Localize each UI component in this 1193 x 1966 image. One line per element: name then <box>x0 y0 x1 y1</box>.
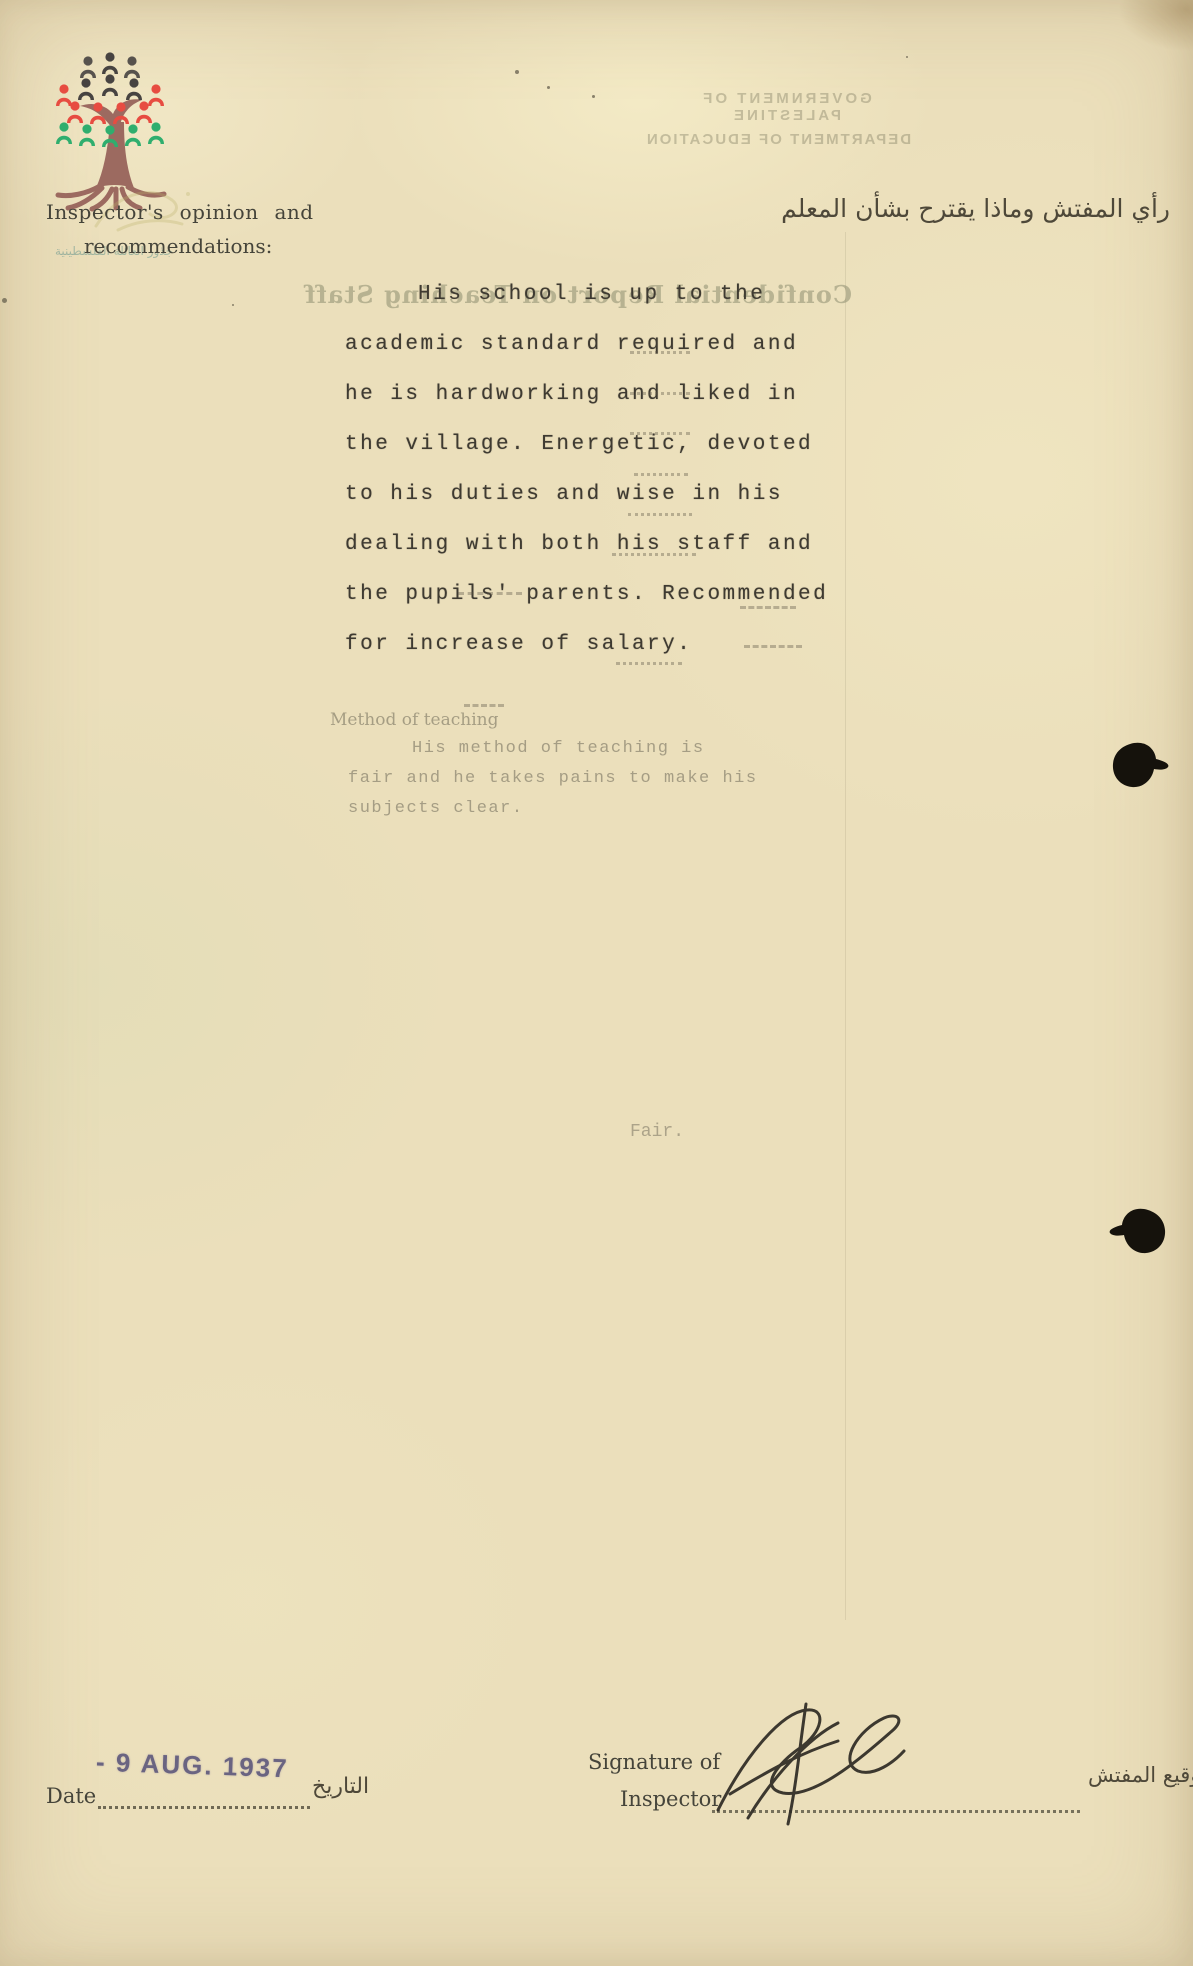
showthrough-dots <box>634 469 688 476</box>
showthrough-dots <box>612 549 696 556</box>
dust-speck <box>906 56 908 58</box>
date-label: Date <box>46 1784 96 1808</box>
opinion-line: the village. Energetic, devoted <box>345 420 865 470</box>
opinion-line: His school is up to the <box>345 270 865 320</box>
signature-label-arabic: توقيع المفتش <box>1088 1763 1193 1787</box>
showthrough-fair-word: Fair. <box>630 1122 684 1142</box>
opinion-line: academic standard required and <box>345 320 865 370</box>
dust-speck <box>592 95 595 98</box>
heading-line1: Inspector's opinion and <box>46 200 314 224</box>
ink-blot-icon <box>1106 1206 1168 1260</box>
opinion-line: the pupils' parents. Recommended <box>345 570 865 620</box>
date-dotted-line <box>98 1776 310 1809</box>
opinion-line: dealing with both his staff and <box>345 520 865 570</box>
showthrough-government-line: GOVERNMENT OF PALESTINE <box>668 90 904 124</box>
showthrough-fold-line <box>845 232 846 1620</box>
inspector-signature <box>688 1692 928 1832</box>
showthrough-dots <box>744 641 802 648</box>
showthrough-dots <box>630 388 690 395</box>
showthrough-dots <box>628 509 692 516</box>
opinion-paragraph: His school is up to the academic standar… <box>345 270 865 670</box>
dust-speck <box>547 86 550 89</box>
document-page: جذور العائلة الفلسطينية Inspector's opin… <box>0 0 1193 1966</box>
showthrough-dots <box>464 700 504 707</box>
showthrough-department-line: DEPARTMENT OF EDUCATION <box>636 131 920 148</box>
showthrough-method-block: His method of teaching is fair and he ta… <box>382 734 758 824</box>
tree-people-icons <box>56 52 164 147</box>
showthrough-dots <box>740 602 796 609</box>
dust-speck <box>2 298 7 303</box>
showthrough-dots <box>458 588 522 595</box>
showthrough-dots <box>630 428 690 435</box>
ink-blot-icon <box>1110 740 1172 794</box>
opinion-line: to his duties and wise in his <box>345 470 865 520</box>
showthrough-dots <box>616 658 682 665</box>
opinion-line: he is hardworking and liked in <box>345 370 865 420</box>
date-label-arabic: التاريخ <box>312 1774 369 1799</box>
dust-speck <box>232 304 234 306</box>
dust-speck <box>515 70 519 74</box>
heading-arabic: رأي المفتش وماذا يقترح بشأن المعلم <box>781 194 1170 223</box>
showthrough-method-label: Method of teaching <box>330 710 498 730</box>
heading-line2: recommendations: <box>84 234 272 258</box>
showthrough-dots <box>630 347 690 354</box>
